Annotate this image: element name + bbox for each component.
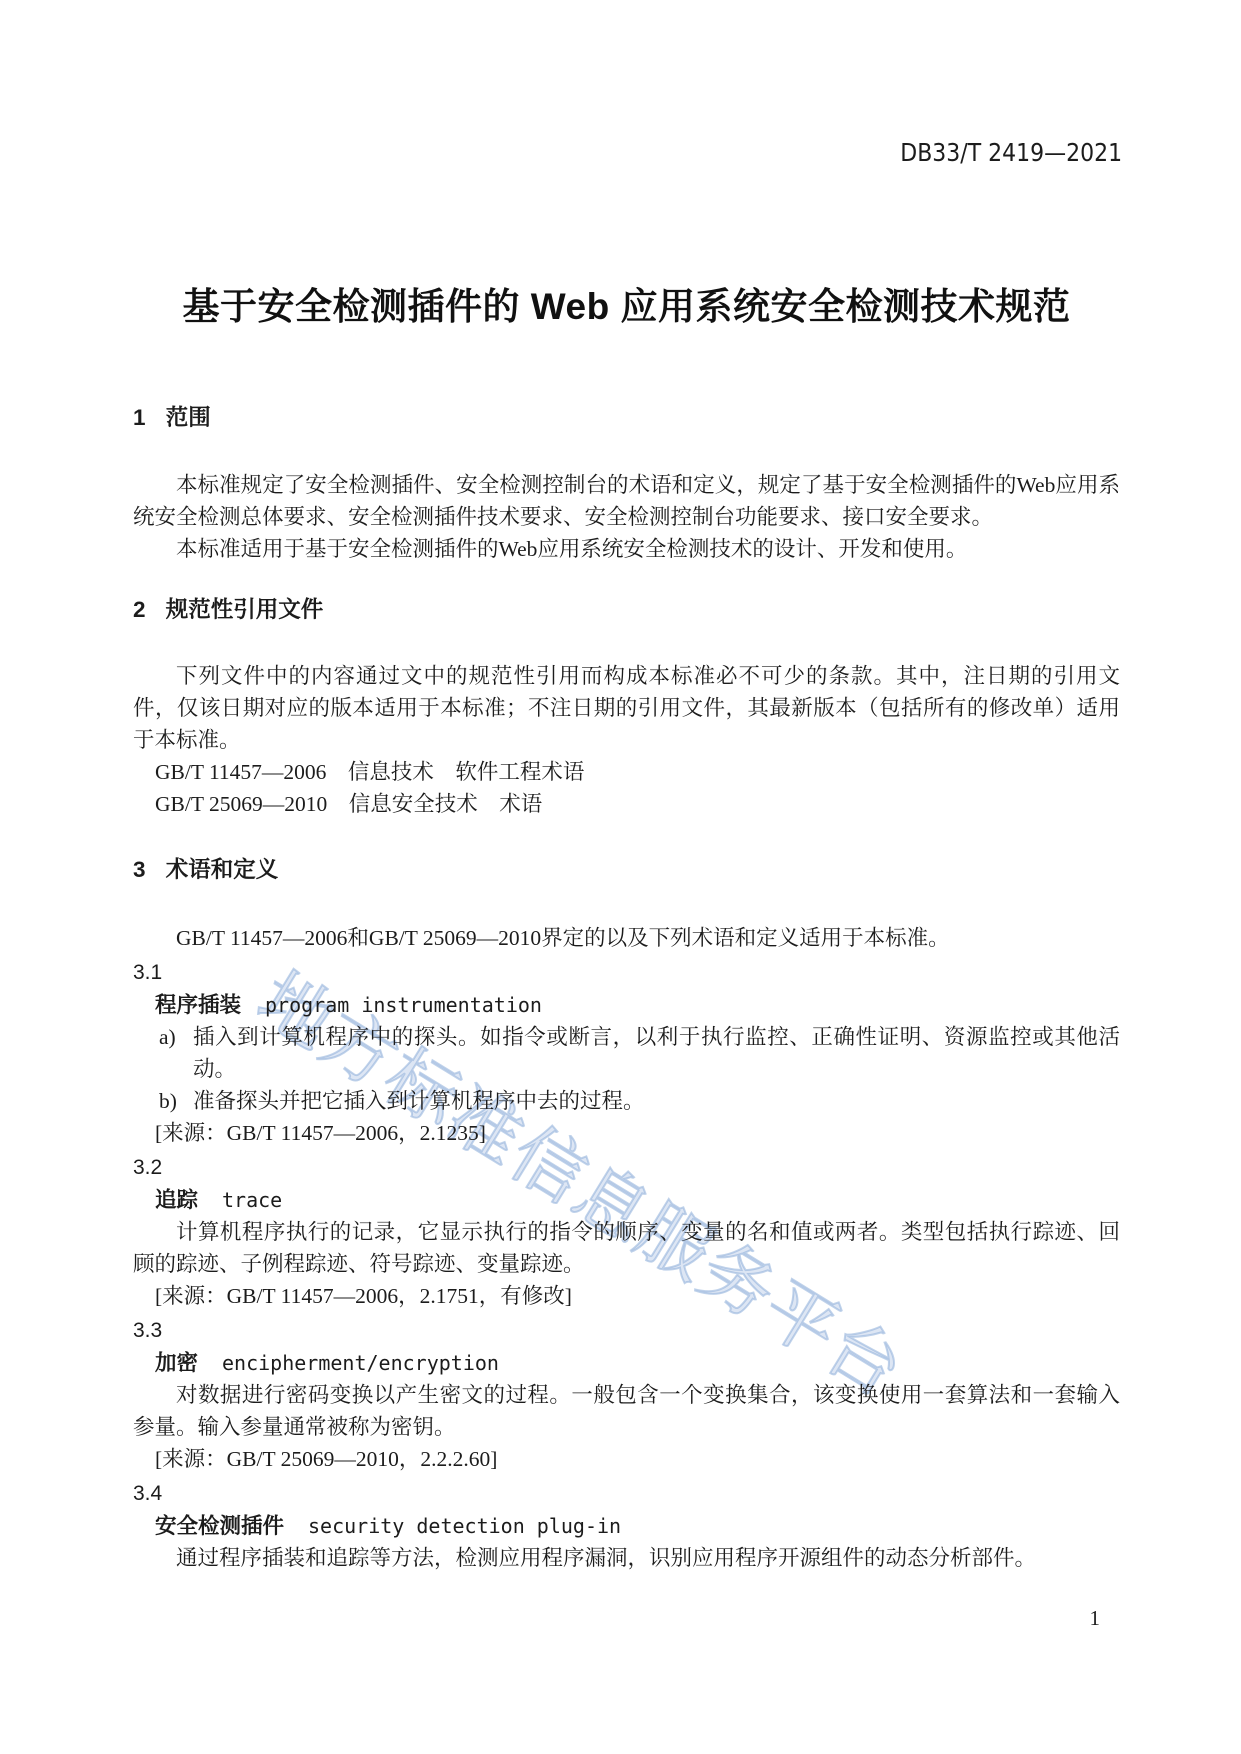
term-3-3-en: encipherment/encryption (222, 1351, 499, 1375)
section-2-paragraph-1: 下列文件中的内容通过文中的规范性引用而构成本标准必不可少的条款。其中，注日期的引… (133, 660, 1120, 756)
section-1-paragraph-1: 本标准规定了安全检测插件、安全检测控制台的术语和定义，规定了基于安全检测插件的W… (133, 469, 1120, 533)
section-1-heading: 1范围 (133, 403, 1120, 433)
term-3-1-item-b-text: 准备探头并把它插入到计算机程序中去的过程。 (193, 1085, 1120, 1117)
term-3-3-zh: 加密 (155, 1351, 198, 1375)
section-3-number: 3 (133, 857, 146, 882)
term-3-1-number: 3.1 (133, 957, 1120, 989)
document-page: 地方标准信息服务平台 DB33/T 2419—2021 基于安全检测插件的 We… (0, 0, 1241, 1754)
term-3-2-en: trace (222, 1188, 282, 1212)
term-3-1-item-a-text: 插入到计算机程序中的探头。如指令或断言，以利于执行监控、正确性证明、资源监控或其… (193, 1021, 1120, 1085)
normative-reference-1: GB/T 11457—2006 信息技术 软件工程术语 (133, 756, 1120, 788)
section-3-heading: 3术语和定义 (133, 855, 1120, 885)
page-number: 1 (1090, 1606, 1101, 1631)
term-3-1-en: program instrumentation (265, 993, 542, 1017)
section-1-paragraph-2: 本标准适用于基于安全检测插件的Web应用系统安全检测技术的设计、开发和使用。 (133, 533, 1120, 565)
term-3-4-en: security detection plug-in (308, 1514, 621, 1538)
term-3-1-item-b: b) 准备探头并把它插入到计算机程序中去的过程。 (159, 1085, 1120, 1117)
section-2-title: 规范性引用文件 (166, 597, 324, 622)
term-3-2-definition: 计算机程序执行的记录，它显示执行的指令的顺序、变量的名和值或两者。类型包括执行踪… (133, 1216, 1120, 1280)
term-3-3-source: [来源：GB/T 25069—2010，2.2.2.60] (133, 1443, 1120, 1475)
page-content: 基于安全检测插件的 Web 应用系统安全检测技术规范 1范围 本标准规定了安全检… (133, 0, 1120, 1574)
term-3-1-source: [来源：GB/T 11457—2006，2.1235] (133, 1117, 1120, 1149)
term-3-4-heading: 安全检测插件security detection plug-in (133, 1510, 1120, 1542)
term-3-2-source: [来源：GB/T 11457—2006，2.1751，有修改] (133, 1280, 1120, 1312)
term-3-2-zh: 追踪 (155, 1188, 198, 1212)
term-3-4-definition: 通过程序插装和追踪等方法，检测应用程序漏洞，识别应用程序开源组件的动态分析部件。 (133, 1542, 1120, 1574)
term-3-1-item-a-label: a) (159, 1021, 193, 1085)
section-3-title: 术语和定义 (166, 857, 279, 882)
section-2-heading: 2规范性引用文件 (133, 595, 1120, 625)
term-3-3-number: 3.3 (133, 1315, 1120, 1347)
section-2-number: 2 (133, 597, 146, 622)
term-3-3-heading: 加密encipherment/encryption (133, 1347, 1120, 1379)
term-3-2-number: 3.2 (133, 1152, 1120, 1184)
normative-reference-2: GB/T 25069—2010 信息安全技术 术语 (133, 788, 1120, 820)
term-3-4-number: 3.4 (133, 1478, 1120, 1510)
term-3-2-heading: 追踪trace (133, 1184, 1120, 1216)
section-3-intro: GB/T 11457—2006和GB/T 25069—2010界定的以及下列术语… (133, 922, 1120, 954)
term-3-4-zh: 安全检测插件 (155, 1514, 284, 1538)
term-3-1-item-a: a) 插入到计算机程序中的探头。如指令或断言，以利于执行监控、正确性证明、资源监… (159, 1021, 1120, 1085)
term-3-3-definition: 对数据进行密码变换以产生密文的过程。一般包含一个变换集合，该变换使用一套算法和一… (133, 1379, 1120, 1443)
page-title: 基于安全检测插件的 Web 应用系统安全检测技术规范 (133, 0, 1120, 331)
section-1-title: 范围 (166, 405, 211, 430)
term-3-1-item-b-label: b) (159, 1085, 193, 1117)
term-3-1-heading: 程序插装program instrumentation (133, 989, 1120, 1021)
section-1-number: 1 (133, 405, 146, 430)
term-3-1-zh: 程序插装 (155, 993, 241, 1017)
